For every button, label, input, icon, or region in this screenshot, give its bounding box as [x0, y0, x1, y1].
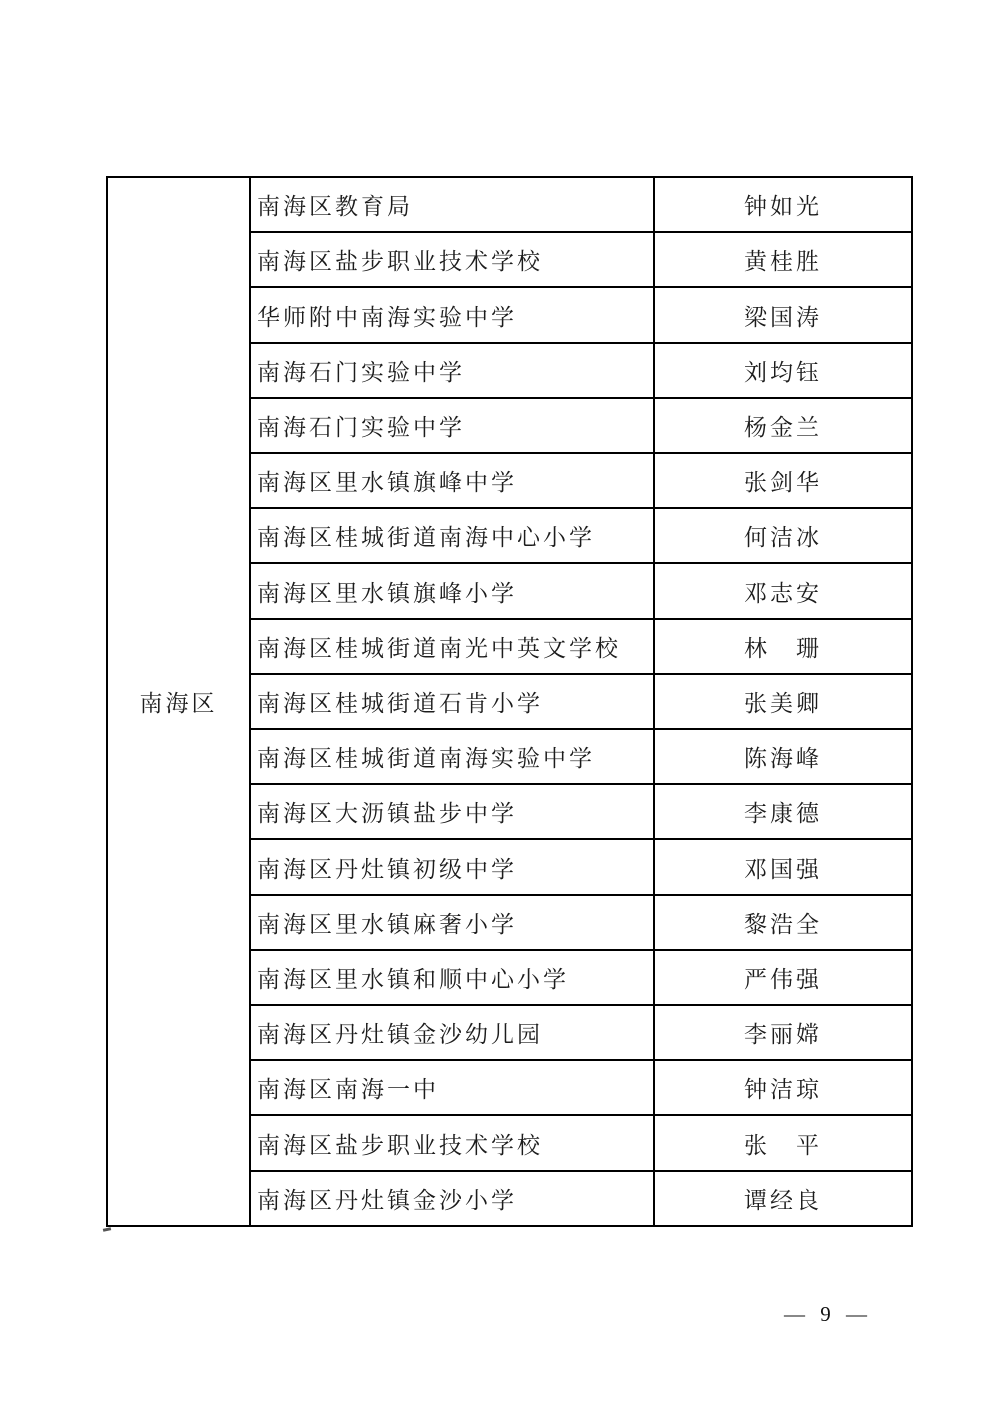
person-name-cell: 刘均钰 [654, 343, 912, 398]
person-name-cell: 严伟强 [654, 950, 912, 1005]
school-cell: 南海区里水镇麻奢小学 [250, 895, 654, 950]
table-row: 南海区南海区教育局钟如光 [107, 177, 912, 232]
person-name-cell: 谭经良 [654, 1171, 912, 1226]
person-name-cell: 陈海峰 [654, 729, 912, 784]
school-cell: 南海区桂城街道南海中心小学 [250, 508, 654, 563]
school-cell: 南海区南海一中 [250, 1060, 654, 1115]
person-name-cell: 钟如光 [654, 177, 912, 232]
person-name-cell: 邓志安 [654, 563, 912, 618]
school-cell: 南海区盐步职业技术学校 [250, 232, 654, 287]
awards-table: 南海区南海区教育局钟如光南海区盐步职业技术学校黄桂胜华师附中南海实验中学梁国涛南… [106, 176, 913, 1227]
school-cell: 华师附中南海实验中学 [250, 287, 654, 342]
person-name-cell: 黄桂胜 [654, 232, 912, 287]
person-name-cell: 邓国强 [654, 839, 912, 894]
school-cell: 南海区里水镇旗峰中学 [250, 453, 654, 508]
school-cell: 南海区丹灶镇金沙幼儿园 [250, 1005, 654, 1060]
page-number: — 9 — [784, 1302, 884, 1327]
person-name-cell: 黎浩全 [654, 895, 912, 950]
person-name-cell: 张美卿 [654, 674, 912, 729]
school-cell: 南海石门实验中学 [250, 343, 654, 398]
person-name-cell: 杨金兰 [654, 398, 912, 453]
scan-artifact-mark [103, 1227, 111, 1232]
school-cell: 南海区里水镇旗峰小学 [250, 563, 654, 618]
awards-table-body: 南海区南海区教育局钟如光南海区盐步职业技术学校黄桂胜华师附中南海实验中学梁国涛南… [107, 177, 912, 1226]
document-page: 南海区南海区教育局钟如光南海区盐步职业技术学校黄桂胜华师附中南海实验中学梁国涛南… [0, 0, 992, 1403]
person-name-cell: 张剑华 [654, 453, 912, 508]
person-name-cell: 李康德 [654, 784, 912, 839]
person-name-cell: 林 珊 [654, 619, 912, 674]
school-cell: 南海区大沥镇盐步中学 [250, 784, 654, 839]
district-cell: 南海区 [107, 177, 250, 1226]
person-name-cell: 何洁冰 [654, 508, 912, 563]
school-cell: 南海区桂城街道南海实验中学 [250, 729, 654, 784]
school-cell: 南海石门实验中学 [250, 398, 654, 453]
school-cell: 南海区里水镇和顺中心小学 [250, 950, 654, 1005]
school-cell: 南海区盐步职业技术学校 [250, 1115, 654, 1170]
person-name-cell: 李丽嫦 [654, 1005, 912, 1060]
school-cell: 南海区教育局 [250, 177, 654, 232]
school-cell: 南海区丹灶镇初级中学 [250, 839, 654, 894]
person-name-cell: 梁国涛 [654, 287, 912, 342]
person-name-cell: 张 平 [654, 1115, 912, 1170]
school-cell: 南海区丹灶镇金沙小学 [250, 1171, 654, 1226]
school-cell: 南海区桂城街道南光中英文学校 [250, 619, 654, 674]
person-name-cell: 钟洁琼 [654, 1060, 912, 1115]
school-cell: 南海区桂城街道石肯小学 [250, 674, 654, 729]
